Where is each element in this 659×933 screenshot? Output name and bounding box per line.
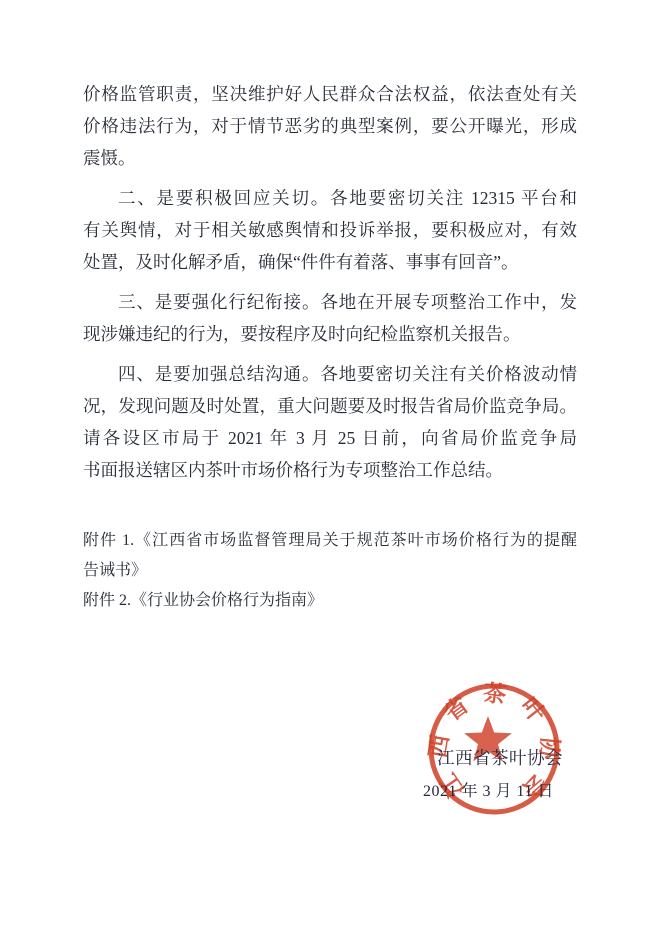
text-line: 三、是要强化行纪衔接。各地在开展专项整治工作中，发 xyxy=(83,286,577,318)
text-line: 四、是要加强总结沟通。各地要密切关注有关价格波动情 xyxy=(83,358,577,390)
text-line: 书面报送辖区内茶叶市场价格行为专项整治工作总结。 xyxy=(83,454,577,486)
signature-org: 江西省茶叶协会 xyxy=(437,745,563,770)
text-line: 价格违法行为，对于情节恶劣的典型案例，要公开曝光，形成 xyxy=(83,110,577,142)
paragraph: 附件 1.《江西省市场监督管理局关于规范茶叶市场价格行为的提醒告诫书》 xyxy=(83,526,577,586)
text-line: 附件 1.《江西省市场监督管理局关于规范茶叶市场价格行为的提醒 xyxy=(83,526,577,556)
text-line: 价格监管职责，坚决维护好人民群众合法权益，依法查处有关 xyxy=(83,78,577,110)
text-line: 请各设区市局于 2021 年 3 月 25 日前，向省局价监竞争局 xyxy=(83,422,577,454)
document-page: 价格监管职责，坚决维护好人民群众合法权益，依法查处有关价格违法行为，对于情节恶劣… xyxy=(0,0,659,933)
paragraph: 价格监管职责，坚决维护好人民群众合法权益，依法查处有关价格违法行为，对于情节恶劣… xyxy=(83,78,577,174)
text-line: 震慑。 xyxy=(83,142,577,174)
paragraph: 三、是要强化行纪衔接。各地在开展专项整治工作中，发现涉嫌违纪的行为，要按程序及时… xyxy=(83,286,577,350)
text-line: 处置，及时化解矛盾，确保“件件有着落、事事有回音”。 xyxy=(83,246,577,278)
paragraph: 二、是要积极回应关切。各地要密切关注 12315 平台和有关舆情，对于相关敏感舆… xyxy=(83,182,577,278)
text-line: 二、是要积极回应关切。各地要密切关注 12315 平台和 xyxy=(83,182,577,214)
text-line: 现涉嫌违纪的行为，要按程序及时向纪检监察机关报告。 xyxy=(83,318,577,350)
text-line: 告诫书》 xyxy=(83,556,577,586)
signature-date: 2021 年 3 月 11 日 xyxy=(423,778,554,801)
attachments-section: 附件 1.《江西省市场监督管理局关于规范茶叶市场价格行为的提醒告诫书》附件 2.… xyxy=(83,526,577,616)
text-line: 况，发现问题及时处置，重大问题要及时报告省局价监竞争局。 xyxy=(83,390,577,422)
text-line: 有关舆情，对于相关敏感舆情和投诉举报，要积极应对，有效 xyxy=(83,214,577,246)
document-body: 价格监管职责，坚决维护好人民群众合法权益，依法查处有关价格违法行为，对于情节恶劣… xyxy=(83,78,577,486)
paragraph: 四、是要加强总结沟通。各地要密切关注有关价格波动情况，发现问题及时处置，重大问题… xyxy=(83,358,577,486)
text-line: 附件 2.《行业协会价格行为指南》 xyxy=(83,586,577,616)
paragraph: 附件 2.《行业协会价格行为指南》 xyxy=(83,586,577,616)
